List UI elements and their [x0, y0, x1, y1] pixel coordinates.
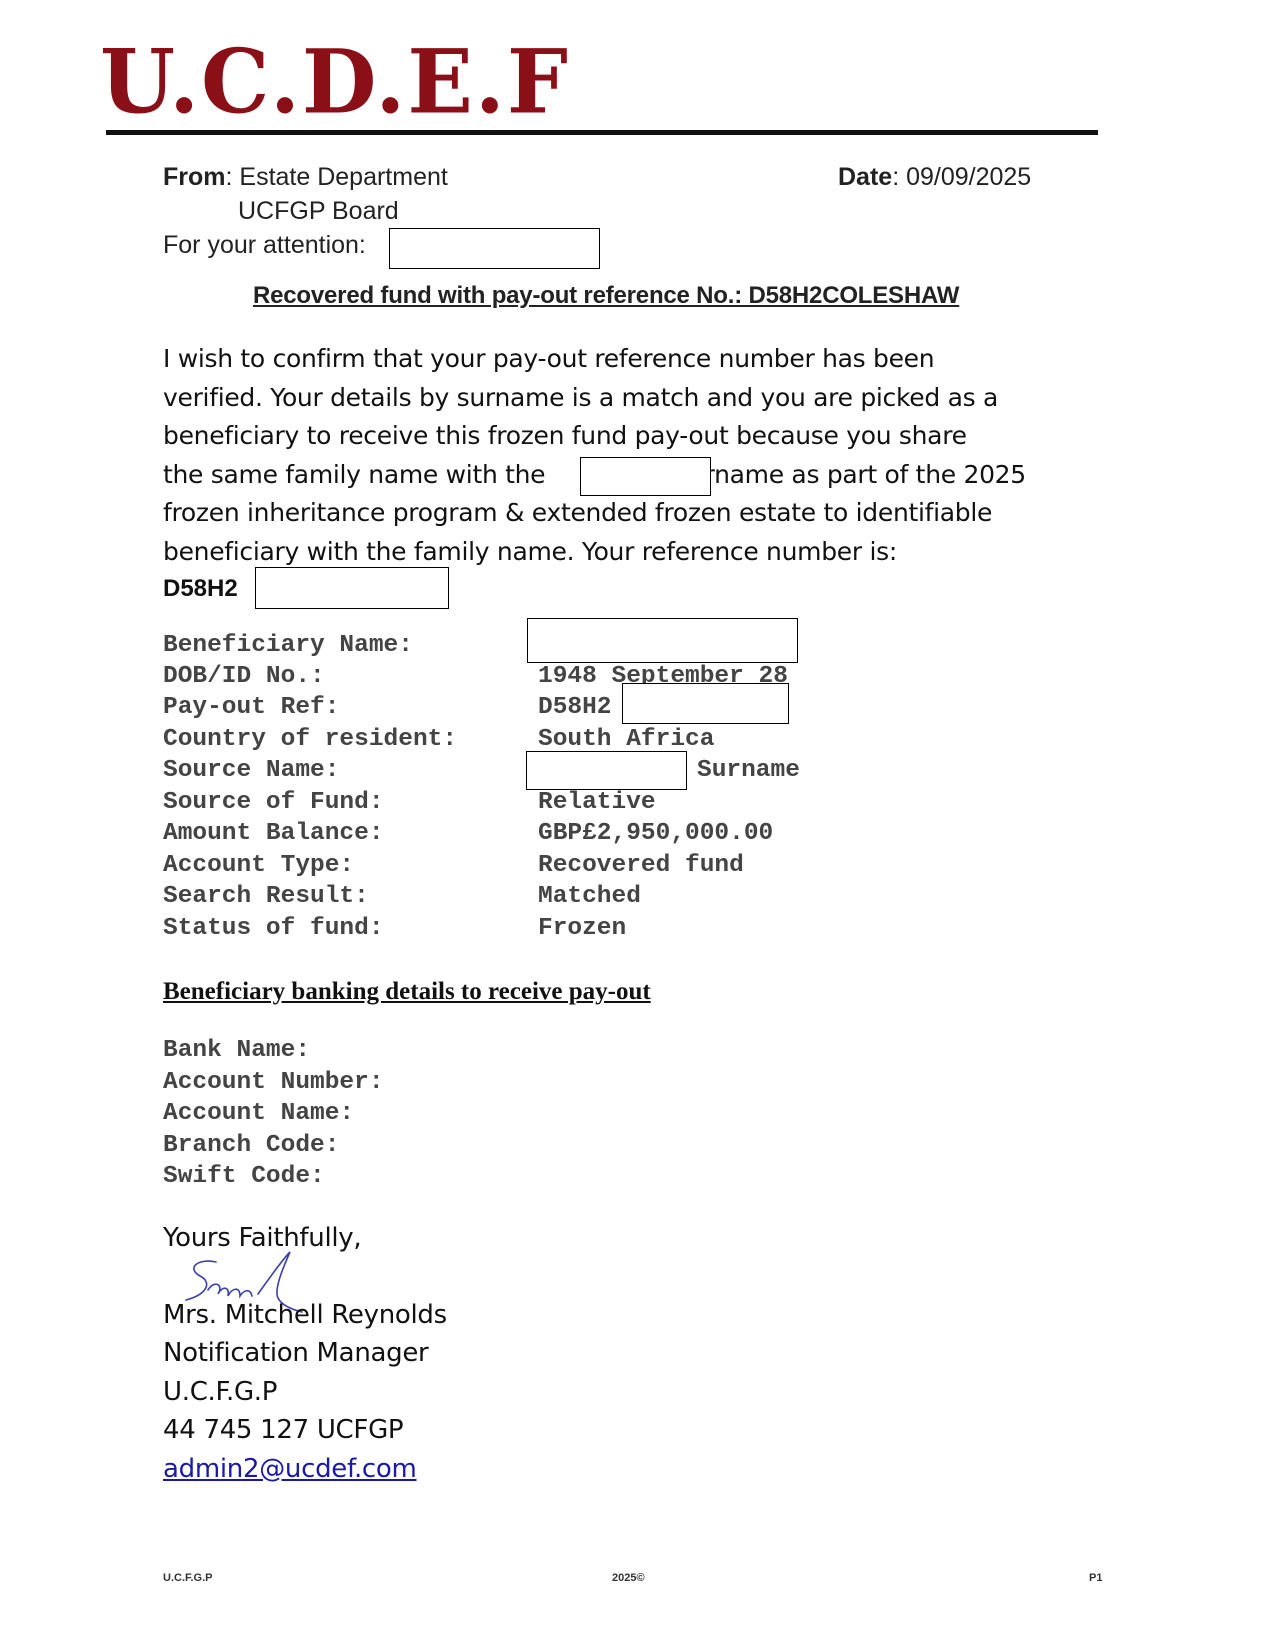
signatory-email-link[interactable]: admin2@ucdef.com: [163, 1454, 417, 1484]
date-value: : 09/09/2025: [892, 163, 1031, 191]
from-line: From: Estate Department: [163, 163, 448, 192]
detail-value-account-type: Recovered fund: [538, 852, 744, 879]
closing-salutation: Yours Faithfully,: [163, 1223, 361, 1253]
banking-label-account-name: Account Name:: [163, 1100, 354, 1127]
detail-label-source-of-fund: Source of Fund:: [163, 789, 384, 816]
body-line: frozen inheritance program & extended fr…: [163, 494, 1123, 533]
body-line: beneficiary with the family name. Your r…: [163, 533, 1123, 572]
detail-label-dob: DOB/ID No.:: [163, 663, 325, 690]
body-line: verified. Your details by surname is a m…: [163, 379, 1123, 418]
detail-label-search-result: Search Result:: [163, 883, 369, 910]
reference-number: D58H2: [163, 575, 238, 603]
detail-value-country: South Africa: [538, 726, 714, 753]
body-line-4-start: the same family name with the: [163, 460, 545, 489]
date-label: Date: [838, 163, 892, 191]
detail-label-amount-balance: Amount Balance:: [163, 820, 384, 847]
detail-label-source-name: Source Name:: [163, 757, 339, 784]
detail-label-payout-ref: Pay-out Ref:: [163, 694, 339, 721]
signatory-name: Mrs. Mitchell Reynolds: [163, 1300, 447, 1330]
detail-label-beneficiary-name: Beneficiary Name:: [163, 632, 413, 659]
banking-label-bank-name: Bank Name:: [163, 1037, 310, 1064]
from-line-2: UCFGP Board: [238, 197, 399, 226]
from-value: : Estate Department: [226, 163, 448, 191]
signatory-title: Notification Manager: [163, 1338, 428, 1368]
attention-label: For your attention:: [163, 231, 366, 260]
body-paragraph: I wish to confirm that your pay-out refe…: [163, 340, 1123, 571]
detail-value-status: Frozen: [538, 915, 626, 942]
org-logo: U.C.D.E.F: [100, 39, 570, 127]
detail-value-amount-balance: GBP£2,950,000.00: [538, 820, 773, 847]
detail-label-status: Status of fund:: [163, 915, 384, 942]
banking-label-account-number: Account Number:: [163, 1069, 384, 1096]
date-line: Date: 09/09/2025: [838, 163, 1031, 192]
header-divider: [106, 130, 1098, 135]
redacted-source-surname: [580, 457, 711, 496]
detail-label-account-type: Account Type:: [163, 852, 354, 879]
banking-section-title: Beneficiary banking details to receive p…: [163, 978, 651, 1006]
signatory-phone: 44 745 127 UCFGP: [163, 1415, 403, 1445]
banking-label-swift-code: Swift Code:: [163, 1163, 325, 1190]
detail-value-source-name: Surname: [697, 757, 800, 784]
redacted-source-name: [526, 751, 687, 790]
body-line: beneficiary to receive this frozen fund …: [163, 417, 1123, 456]
redacted-attention-name: [389, 228, 600, 269]
footer-center: 2025©: [612, 1572, 645, 1584]
subject-heading: Recovered fund with pay-out reference No…: [253, 282, 959, 310]
detail-label-country: Country of resident:: [163, 726, 457, 753]
footer-page-number: P1: [1089, 1572, 1102, 1584]
body-line: I wish to confirm that your pay-out refe…: [163, 340, 1123, 379]
from-label: From: [163, 163, 226, 191]
body-line-4-end: surname as part of the 2025: [676, 460, 1026, 489]
footer-left: U.C.F.G.P: [163, 1572, 213, 1584]
detail-value-search-result: Matched: [538, 883, 641, 910]
detail-value-source-of-fund: Relative: [538, 789, 656, 816]
signatory-org: U.C.F.G.P: [163, 1377, 277, 1407]
detail-value-payout-ref: D58H2: [538, 694, 612, 721]
redacted-payout-ref-suffix: [622, 683, 789, 724]
banking-label-branch-code: Branch Code:: [163, 1132, 339, 1159]
redacted-reference-suffix: [255, 567, 449, 609]
redacted-beneficiary-name: [527, 618, 798, 663]
